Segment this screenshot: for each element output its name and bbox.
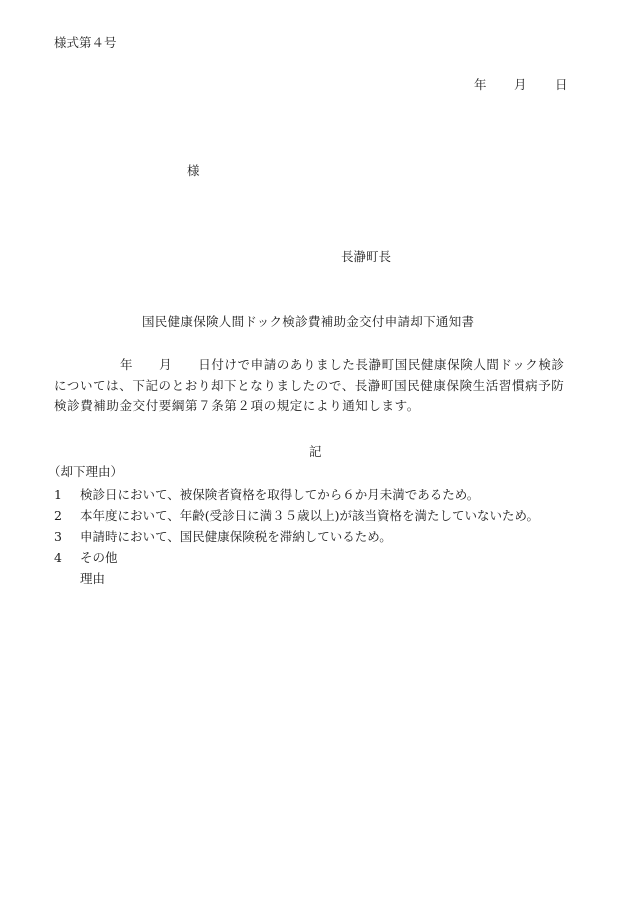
- reason-text: 検診日において、被保険者資格を取得してから６か月未満であるため。: [80, 487, 479, 502]
- reason-number: 1: [54, 489, 80, 502]
- other-reason-label: 理由: [80, 573, 105, 586]
- reason-text: 本年度において、年齢(受診日に満３５歳以上)が該当資格を満たしていないため。: [80, 508, 539, 523]
- body-month-label: 月: [159, 357, 172, 372]
- reason-number: 3: [54, 531, 80, 544]
- reason-item-2: 2本年度において、年齢(受診日に満３５歳以上)が該当資格を満たしていないため。: [54, 510, 539, 523]
- date-day-label: 日: [555, 79, 568, 92]
- body-year-label: 年: [120, 357, 133, 372]
- date-year-label: 年: [474, 79, 487, 92]
- date-month-label: 月: [514, 79, 527, 92]
- body-line-1-text: 日付けで申請のありました長瀞町国民健康保険人間ドック検診: [198, 357, 564, 372]
- reason-text: 申請時において、国民健康保険税を滞納しているため。: [80, 529, 392, 544]
- addressee-suffix: 様: [187, 165, 200, 178]
- reason-number: 2: [54, 510, 80, 523]
- reason-number: 4: [54, 552, 80, 565]
- reasons-heading: （却下理由）: [48, 466, 123, 479]
- reason-item-3: 3申請時において、国民健康保険税を滞納しているため。: [54, 531, 392, 544]
- form-number: 様式第４号: [54, 37, 117, 50]
- reason-item-4: 4その他: [54, 552, 118, 565]
- body-line-3: 検診費補助金交付要綱第７条第２項の規定により通知します。: [54, 396, 578, 417]
- sender-name: 長瀞町長: [341, 251, 391, 264]
- body-line-2: については、下記のとおり却下となりましたので、長瀞町国民健康保険生活習慣病予防: [54, 376, 578, 397]
- document-title: 国民健康保険人間ドック検診費補助金交付申請却下通知書: [142, 316, 474, 329]
- body-line-1: 年月日付けで申請のありました長瀞町国民健康保険人間ドック検診: [54, 355, 578, 376]
- reason-text: その他: [80, 550, 118, 565]
- reason-item-1: 1検診日において、被保険者資格を取得してから６か月未満であるため。: [54, 489, 479, 502]
- body-paragraph: 年月日付けで申請のありました長瀞町国民健康保険人間ドック検診 については、下記の…: [54, 355, 578, 417]
- note-heading: 記: [309, 446, 322, 459]
